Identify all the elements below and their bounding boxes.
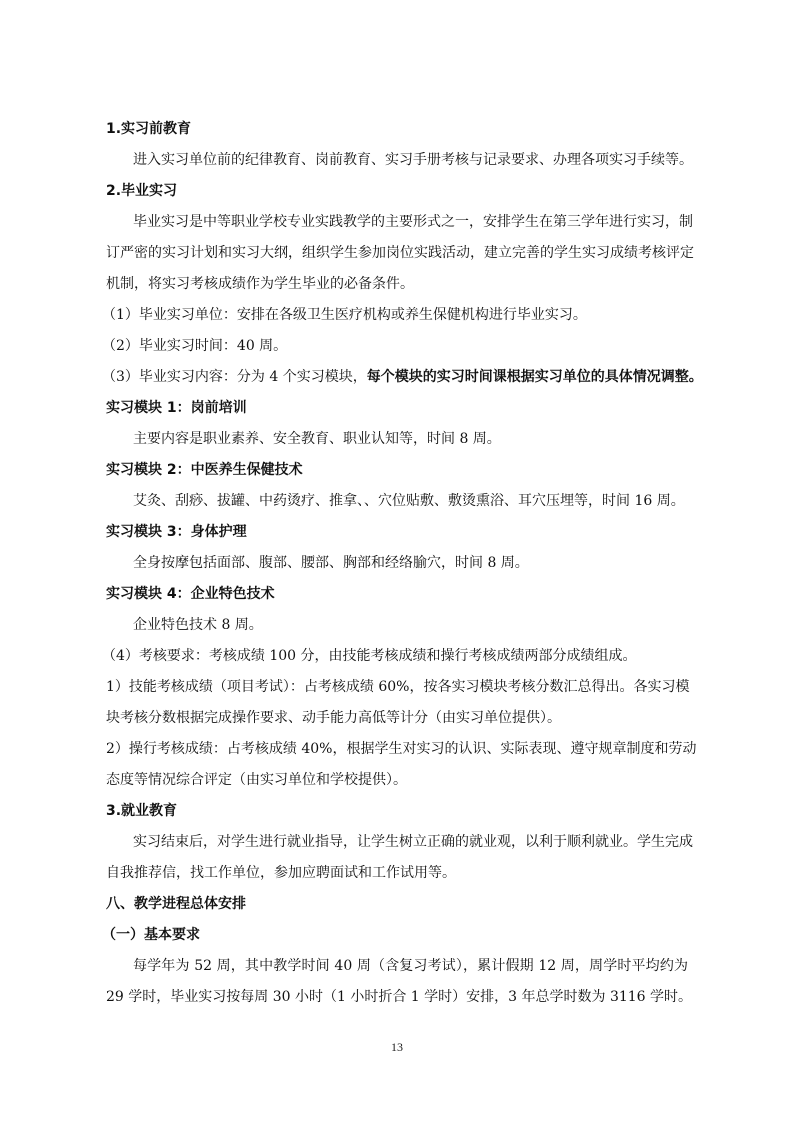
item-assessment-requirements: （4）考核要求：考核成绩 100 分，由技能考核成绩和操行考核成绩两部分成绩组成…	[102, 645, 688, 676]
paragraph-employment-line-1: 实习结束后，对学生进行就业指导，让学生树立正确的就业观，以利于顺利就业。学生完成	[106, 831, 688, 862]
heading-module-1: 实习模块 1：岗前培训	[106, 397, 688, 428]
paragraph-basic-requirements-line-1: 每学年为 52 周，其中教学时间 40 周（含复习考试），累计假期 12 周，周…	[106, 955, 688, 986]
item-internship-time: （2）毕业实习时间：40 周。	[102, 335, 688, 366]
heading-teaching-schedule: 八、教学进程总体安排	[106, 893, 688, 924]
paragraph-basic-requirements-line-2: 29 学时，毕业实习按每周 30 小时（1 小时折合 1 学时）安排，3 年总学…	[106, 986, 688, 1017]
heading-module-4: 实习模块 4：企业特色技术	[106, 583, 688, 614]
item-skill-assessment-line-2: 块考核分数根据完成操作要求、动手能力高低等计分（由实习单位提供）。	[106, 707, 688, 738]
paragraph-pre-internship: 进入实习单位前的纪律教育、岗前教育、实习手册考核与记录要求、办理各项实习手续等。	[106, 149, 688, 180]
paragraph-employment-line-2: 自我推荐信，找工作单位，参加应聘面试和工作试用等。	[106, 862, 688, 893]
page-number: 13	[0, 1040, 794, 1055]
heading-pre-internship-education: 1.实习前教育	[106, 118, 688, 149]
paragraph-module-3: 全身按摩包括面部、腹部、腰部、胸部和经络腧穴，时间 8 周。	[106, 552, 688, 583]
paragraph-module-2: 艾灸、刮痧、拔罐、中药烫疗、推拿、、穴位贴敷、敷烫熏浴、耳穴压埋等，时间 16 …	[106, 490, 688, 521]
item-internship-content-bold: 每个模块的实习时间课根据实习单位的具体情况调整。	[367, 369, 703, 385]
paragraph-internship-line-3: 机制，将实习考核成绩作为学生毕业的必备条件。	[106, 273, 688, 304]
item-internship-content-text: （3）毕业实习内容：分为 4 个实习模块，	[102, 369, 367, 385]
paragraph-module-1: 主要内容是职业素养、安全教育、职业认知等，时间 8 周。	[106, 428, 688, 459]
item-internship-content: （3）毕业实习内容：分为 4 个实习模块，每个模块的实习时间课根据实习单位的具体…	[102, 366, 688, 397]
heading-employment-education: 3.就业教育	[106, 800, 688, 831]
document-page: 1.实习前教育 进入实习单位前的纪律教育、岗前教育、实习手册考核与记录要求、办理…	[106, 118, 688, 1017]
heading-module-3: 实习模块 3：身体护理	[106, 521, 688, 552]
heading-graduation-internship: 2.毕业实习	[106, 180, 688, 211]
item-conduct-assessment-line-1: 2）操行考核成绩：占考核成绩 40%，根据学生对实习的认识、实际表现、遵守规章制…	[106, 738, 688, 769]
paragraph-module-4: 企业特色技术 8 周。	[106, 614, 688, 645]
paragraph-internship-line-2: 订严密的实习计划和实习大纲，组织学生参加岗位实践活动，建立完善的学生实习成绩考核…	[106, 242, 688, 273]
item-internship-unit: （1）毕业实习单位：安排在各级卫生医疗机构或养生保健机构进行毕业实习。	[102, 304, 688, 335]
heading-module-2: 实习模块 2：中医养生保健技术	[106, 459, 688, 490]
heading-basic-requirements: （一）基本要求	[102, 924, 688, 955]
paragraph-internship-line-1: 毕业实习是中等职业学校专业实践教学的主要形式之一，安排学生在第三学年进行实习，制	[106, 211, 688, 242]
item-skill-assessment-line-1: 1）技能考核成绩（项目考试）：占考核成绩 60%，按各实习模块考核分数汇总得出。…	[106, 676, 688, 707]
item-conduct-assessment-line-2: 态度等情况综合评定（由实习单位和学校提供）。	[106, 769, 688, 800]
